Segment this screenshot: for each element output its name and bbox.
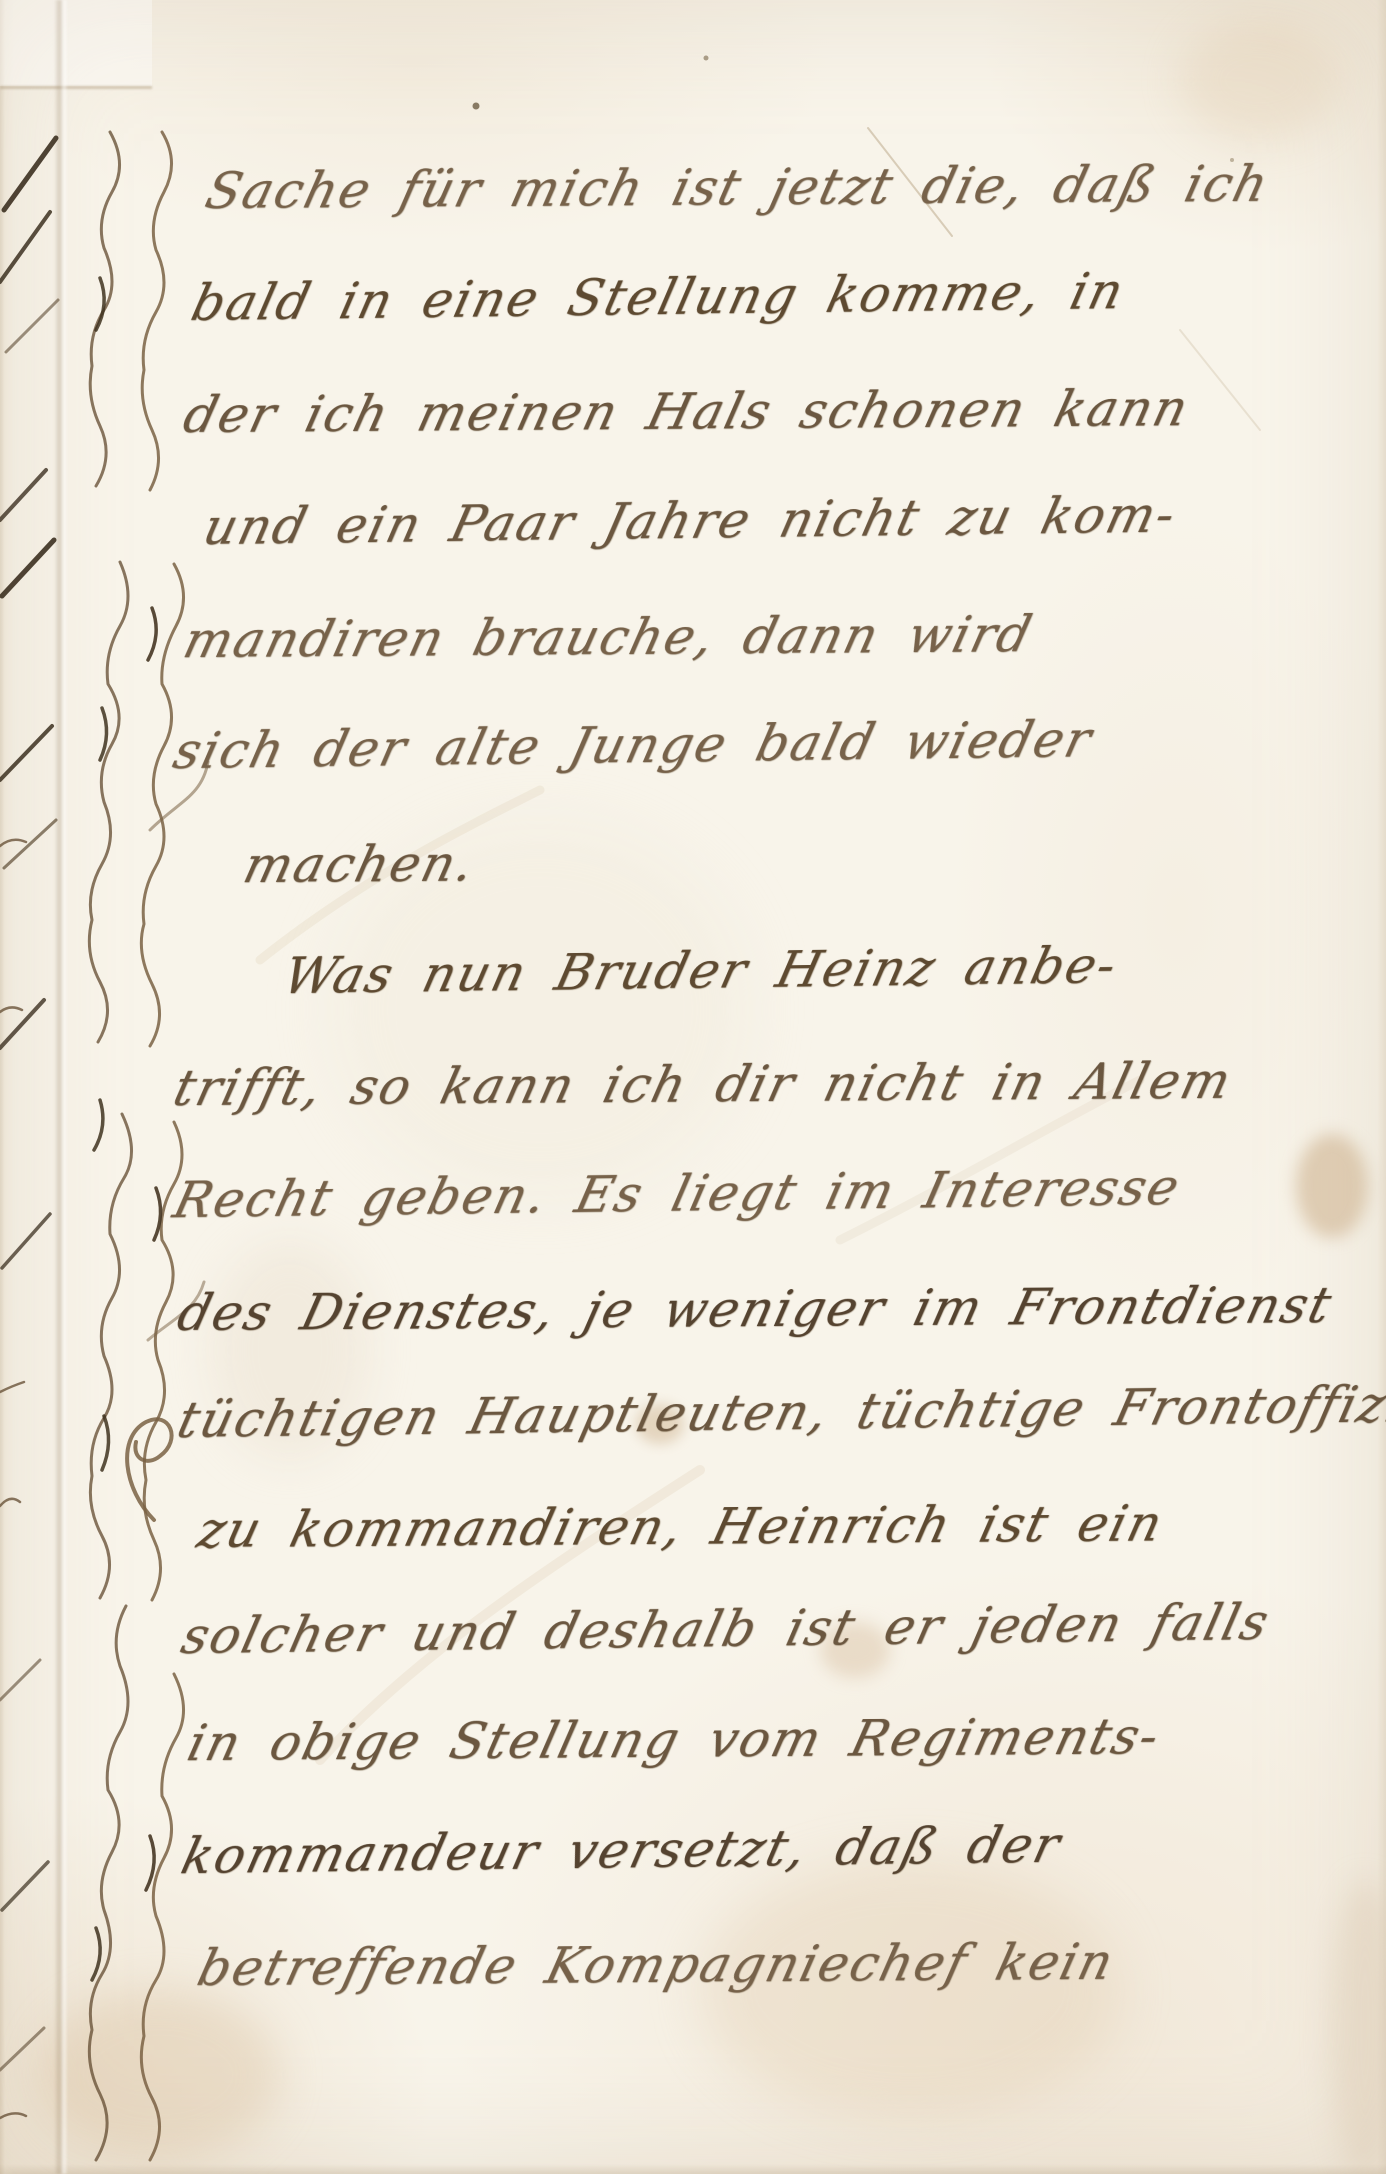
letter-line-15: in obige Stellung vom Regiments- [182, 1707, 1166, 1772]
letter-line-7: machen. [238, 834, 482, 894]
letter-line-3: der ich meinen Hals schonen kann [178, 379, 1195, 444]
letter-line-17: betreffende Kompagniechef kein [192, 1933, 1121, 1997]
letter-line-5: mandiren brauche, dann wird [178, 605, 1039, 669]
letter-line-10: Recht geben. Es liegt im Interesse [168, 1158, 1186, 1229]
letter-line-11: des Dienstes, je weniger im Frontdienst [172, 1276, 1339, 1342]
letter-line-16: kommandeur versetzt, daß der [176, 1816, 1067, 1885]
letter-line-14: solcher und deshalb ist er jeden falls [176, 1593, 1276, 1665]
letter-line-12: tüchtigen Hauptleuten, tüchtige Frontoff… [172, 1374, 1386, 1449]
letter-line-4: und ein Paar Jahre nicht zu kom- [198, 485, 1183, 556]
letter-scan-page: Sache für mich ist jetzt die, daß ich ba… [0, 0, 1386, 2174]
letter-body: Sache für mich ist jetzt die, daß ich ba… [0, 0, 1386, 2174]
letter-line-6: sich der alte Junge bald wieder [168, 710, 1099, 780]
letter-line-8: Was nun Bruder Heinz anbe- [278, 936, 1124, 1005]
letter-line-2: bald in eine Stellung komme, in [186, 262, 1131, 332]
letter-line-9: trifft, so kann ich dir nicht in Allem [168, 1052, 1238, 1117]
letter-line-1: Sache für mich ist jetzt die, daß ich [200, 155, 1275, 220]
letter-line-13: zu kommandiren, Heinrich ist ein [192, 1494, 1170, 1559]
